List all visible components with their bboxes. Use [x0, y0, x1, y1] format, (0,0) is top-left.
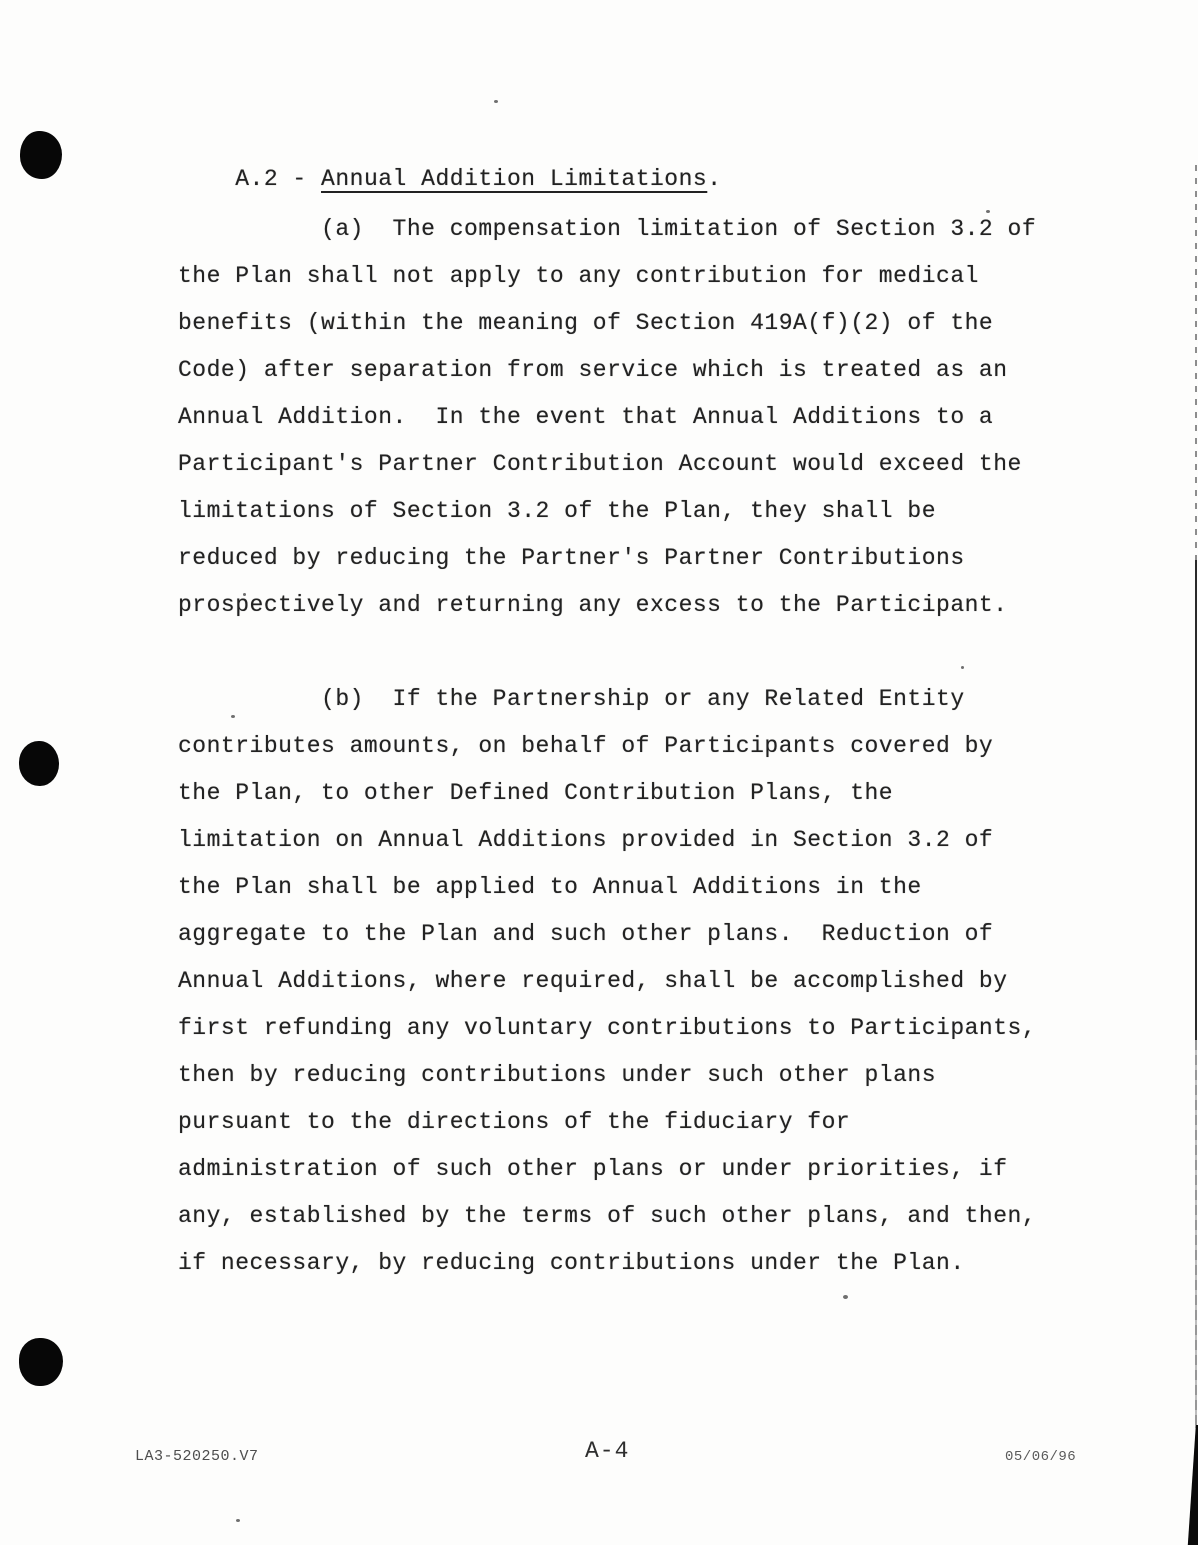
text-line: limitation on Annual Additions provided … — [178, 817, 1083, 864]
text-line: if necessary, by reducing contributions … — [178, 1240, 1083, 1287]
text-line: pursuant to the directions of the fiduci… — [178, 1099, 1083, 1146]
scan-edge-artifact-dashed — [1195, 165, 1197, 560]
scan-speck — [961, 666, 964, 669]
paragraph-a: (a) The compensation limitation of Secti… — [178, 206, 1083, 629]
text-line: the Plan shall not apply to any contribu… — [178, 253, 1083, 300]
hole-punch-mark-bottom — [19, 1338, 63, 1386]
text-line: limitations of Section 3.2 of the Plan, … — [178, 488, 1083, 535]
text-line: any, established by the terms of such ot… — [178, 1193, 1083, 1240]
footer-page-number: A-4 — [585, 1438, 629, 1464]
text-line: Code) after separation from service whic… — [178, 347, 1083, 394]
text-line: contributes amounts, on behalf of Partic… — [178, 723, 1083, 770]
hole-punch-mark-middle — [19, 741, 59, 786]
text-line: prospectively and returning any excess t… — [178, 582, 1083, 629]
text-line: aggregate to the Plan and such other pla… — [178, 911, 1083, 958]
scan-speck — [236, 1519, 240, 1522]
text-line: Annual Addition. In the event that Annua… — [178, 394, 1083, 441]
text-line: Annual Additions, where required, shall … — [178, 958, 1083, 1005]
section-heading-suffix: . — [707, 166, 721, 192]
text-line: Participant's Partner Contribution Accou… — [178, 441, 1083, 488]
scan-edge-artifact-solid — [1195, 560, 1197, 1040]
paragraph-b: (b) If the Partnership or any Related En… — [178, 676, 1083, 1287]
scan-edge-artifact-corner — [1186, 1425, 1198, 1545]
text-line: (b) If the Partnership or any Related En… — [178, 676, 1083, 723]
text-line: benefits (within the meaning of Section … — [178, 300, 1083, 347]
text-line: administration of such other plans or un… — [178, 1146, 1083, 1193]
text-line: reduced by reducing the Partner's Partne… — [178, 535, 1083, 582]
footer-date: 05/06/96 — [1005, 1449, 1076, 1465]
section-heading-prefix: A.2 - — [235, 166, 321, 192]
section-heading-title: Annual Addition Limitations — [321, 166, 707, 192]
scan-edge-artifact-gray — [1195, 1040, 1197, 1428]
text-line: the Plan shall be applied to Annual Addi… — [178, 864, 1083, 911]
text-line: first refunding any voluntary contributi… — [178, 1005, 1083, 1052]
text-line: then by reducing contributions under suc… — [178, 1052, 1083, 1099]
text-line: the Plan, to other Defined Contribution … — [178, 770, 1083, 817]
footer-document-number: LA3-520250.V7 — [135, 1448, 259, 1465]
hole-punch-mark-top — [20, 131, 62, 179]
section-heading: A.2 - Annual Addition Limitations. — [178, 109, 722, 156]
scan-speck — [494, 100, 498, 103]
scan-speck — [843, 1295, 848, 1299]
text-line: (a) The compensation limitation of Secti… — [178, 206, 1083, 253]
scanned-document-page: A.2 - Annual Addition Limitations. (a) T… — [0, 0, 1198, 1545]
